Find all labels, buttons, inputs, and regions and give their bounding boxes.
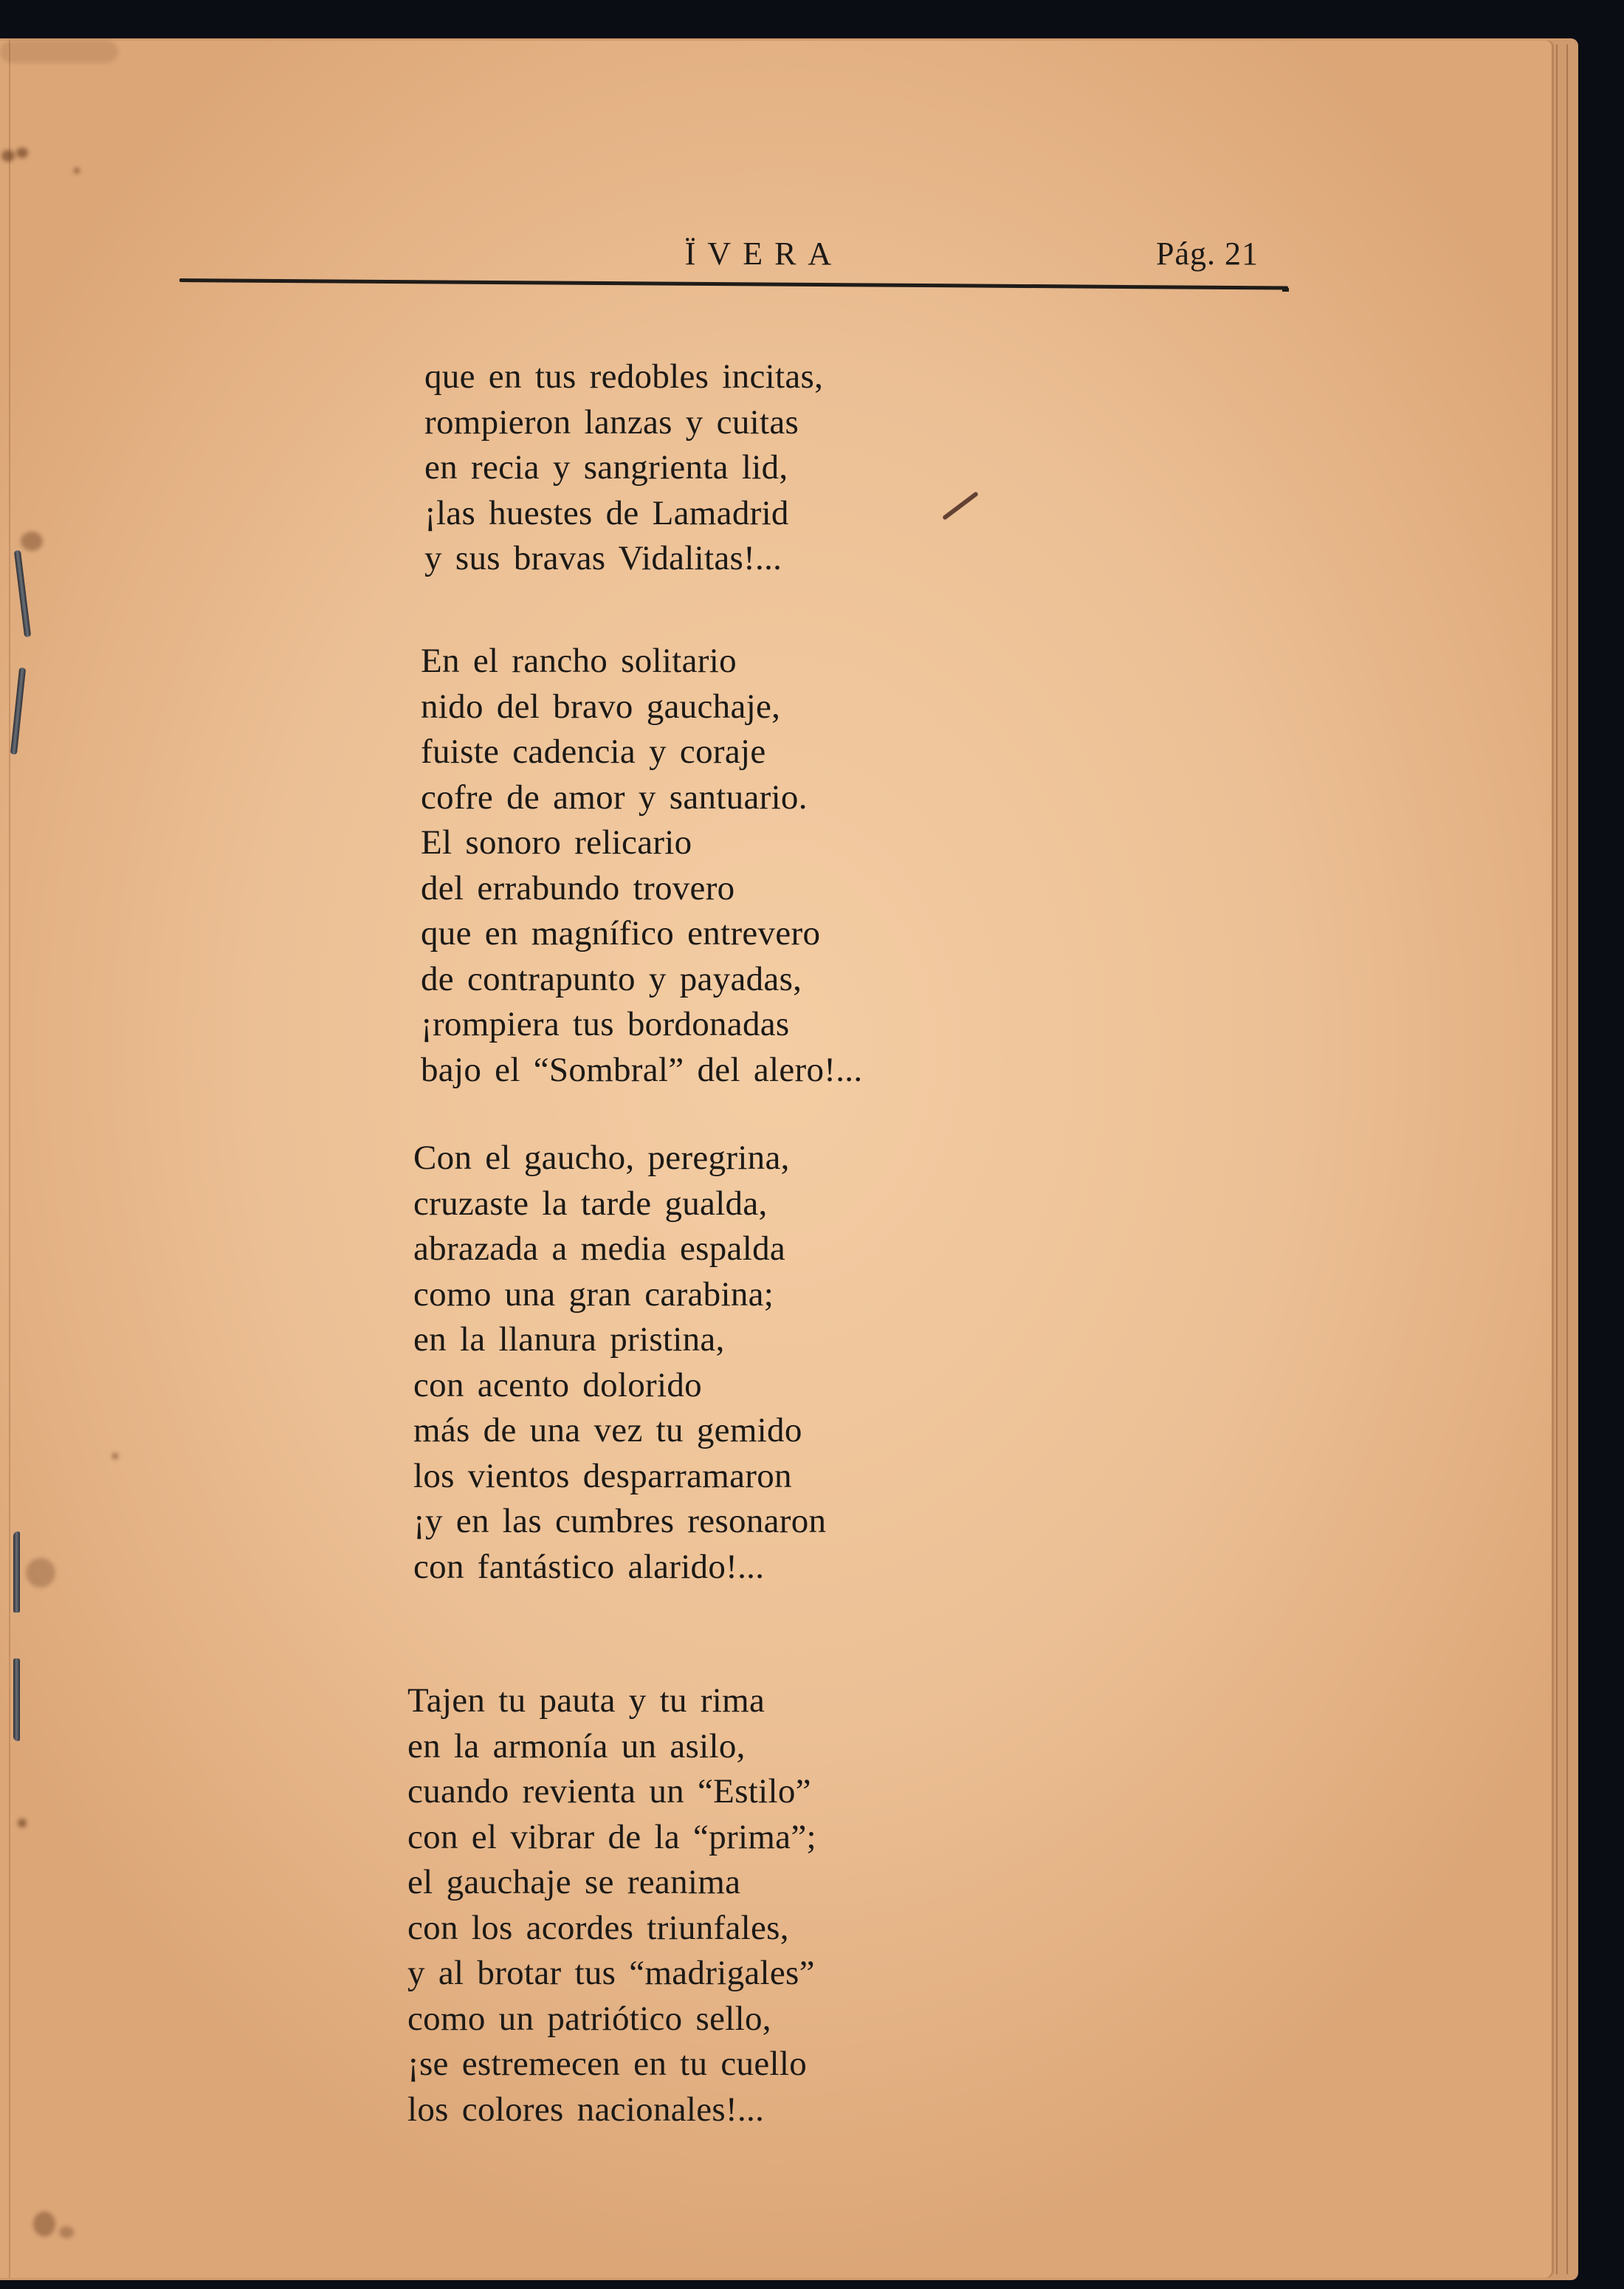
- verse-line: del errabundo trovero: [421, 866, 862, 912]
- header-rule: [179, 278, 1288, 289]
- verse-line: bajo el “Sombral” del alero!...: [421, 1048, 862, 1094]
- verse-line: los vientos desparramaron: [413, 1454, 826, 1500]
- page-edge: [1566, 44, 1568, 2274]
- verse-line: Tajen tu pauta y tu rima: [407, 1678, 816, 1724]
- foxing-stain: [16, 148, 28, 158]
- foxing-stain: [0, 41, 118, 63]
- page-number: Pág. 21: [1156, 235, 1259, 272]
- foxing-stain: [21, 532, 43, 551]
- verse-line: ¡se estremecen en tu cuello: [407, 2042, 816, 2087]
- verse-line: y sus bravas Vidalitas!...: [424, 536, 823, 582]
- staple-icon: [10, 668, 26, 755]
- stanza-2: En el rancho solitario nido del bravo ga…: [421, 639, 862, 1093]
- verse-line: más de una vez tu gemido: [413, 1408, 826, 1454]
- running-head: ÏVERA Pág. 21: [0, 235, 1554, 279]
- verse-line: en la llanura pristina,: [413, 1317, 826, 1363]
- book-page: ÏVERA Pág. 21 que en tus redobles incita…: [0, 41, 1554, 2278]
- verse-line: nido del bravo gauchaje,: [421, 684, 862, 730]
- verse-line: rompieron lanzas y cuitas: [424, 400, 823, 446]
- verse-line: ¡las huestes de Lamadrid: [424, 491, 823, 537]
- verse-line: fuiste cadencia y coraje: [421, 730, 862, 775]
- gutter-fold: [9, 41, 10, 2278]
- verse-line: cuando revienta un “Estilo”: [407, 1769, 816, 1815]
- verse-line: cruzaste la tarde gualda,: [413, 1181, 826, 1227]
- verse-line: con acento dolorido: [413, 1363, 826, 1409]
- page-edge: [1556, 44, 1558, 2274]
- running-title: ÏVERA: [613, 235, 915, 272]
- verse-line: y al brotar tus “madrigales”: [407, 1951, 816, 1997]
- pencil-mark: [942, 491, 979, 521]
- verse-line: en la armonía un asilo,: [407, 1724, 816, 1770]
- staple-icon: [14, 550, 31, 637]
- verse-line: en recia y sangrienta lid,: [424, 445, 823, 491]
- foxing-stain: [74, 168, 80, 174]
- foxing-stain: [33, 2211, 55, 2237]
- verse-line: ¡y en las cumbres resonaron: [413, 1499, 826, 1545]
- verse-line: ¡rompiera tus bordonadas: [421, 1002, 862, 1048]
- verse-line: cofre de amor y santuario.: [421, 775, 862, 821]
- foxing-stain: [26, 1558, 55, 1588]
- foxing-stain: [18, 1819, 27, 1828]
- verse-line: Con el gaucho, peregrina,: [413, 1136, 826, 1181]
- stanza-3: Con el gaucho, peregrina, cruzaste la ta…: [413, 1136, 826, 1590]
- verse-line: abrazada a media espalda: [413, 1226, 826, 1272]
- header-rule-end: [1282, 288, 1289, 292]
- verse-line: con los acordes triunfales,: [407, 1906, 816, 1952]
- verse-line: con fantástico alarido!...: [413, 1545, 826, 1590]
- verse-line: como una gran carabina;: [413, 1272, 826, 1318]
- verse-line: En el rancho solitario: [421, 639, 862, 684]
- verse-line: los colores nacionales!...: [407, 2087, 816, 2133]
- verse-line: El sonoro relicario: [421, 820, 862, 866]
- verse-line: que en tus redobles incitas,: [424, 354, 823, 400]
- staple-icon: [13, 1531, 20, 1613]
- verse-line: que en magnífico entrevero: [421, 911, 862, 957]
- verse-line: el gauchaje se reanima: [407, 1860, 816, 1906]
- foxing-stain: [59, 2226, 74, 2238]
- verse-line: como un patriótico sello,: [407, 1997, 816, 2042]
- stanza-4: Tajen tu pauta y tu rima en la armonía u…: [407, 1678, 816, 2132]
- stanza-1: que en tus redobles incitas, rompieron l…: [424, 354, 823, 582]
- foxing-stain: [1, 150, 15, 162]
- verse-line: de contrapunto y payadas,: [421, 957, 862, 1003]
- staple-icon: [13, 1658, 20, 1741]
- verse-line: con el vibrar de la “prima”;: [407, 1815, 816, 1861]
- foxing-stain: [112, 1453, 118, 1459]
